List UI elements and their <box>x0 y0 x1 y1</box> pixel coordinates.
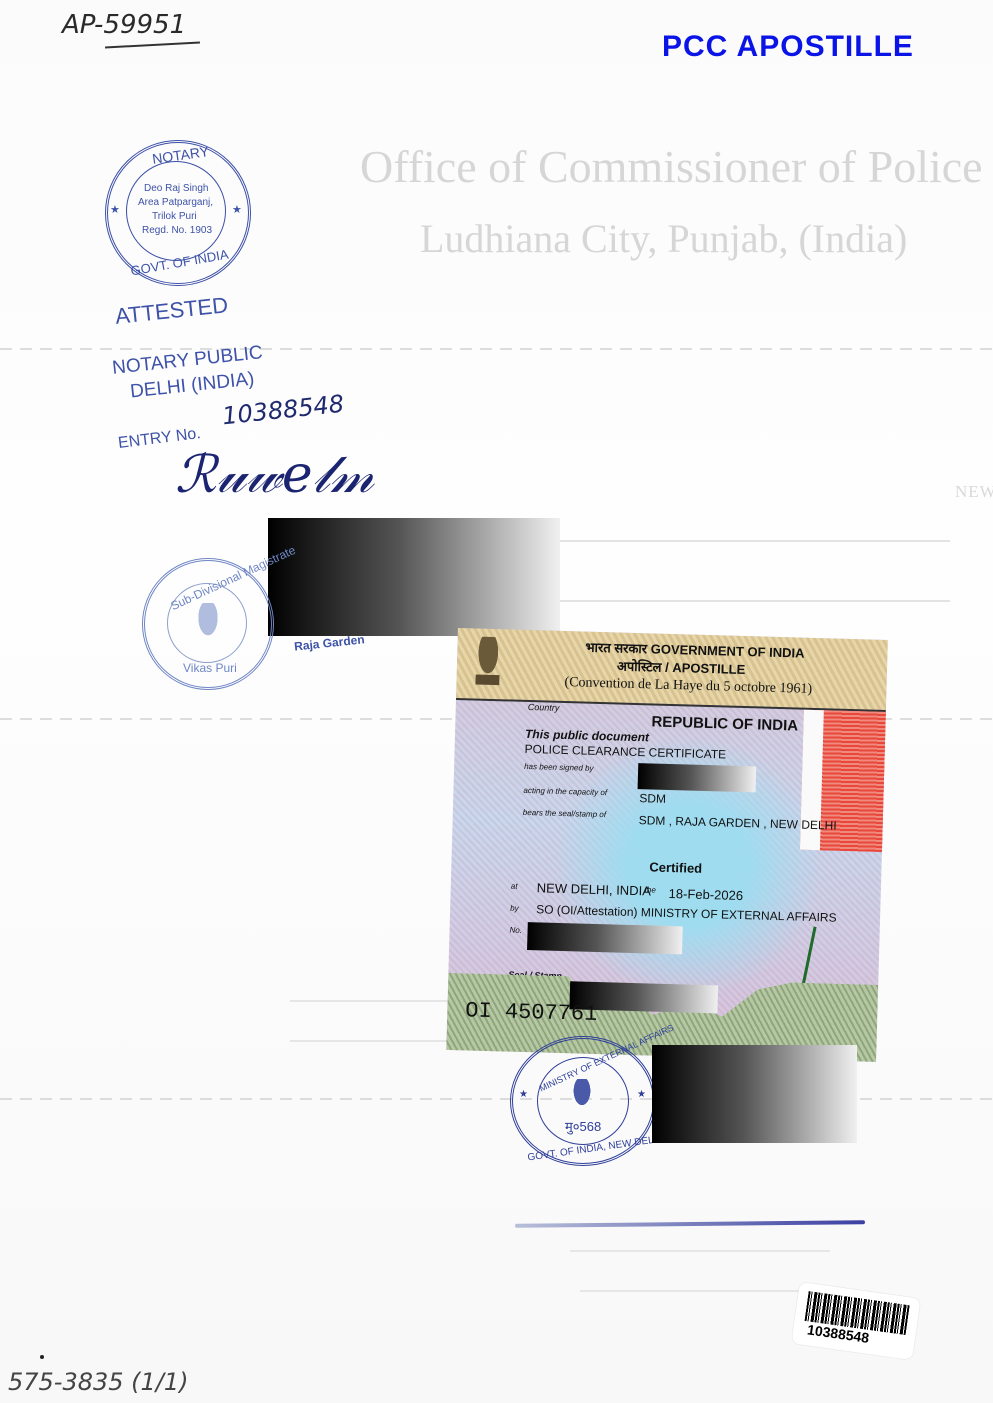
national-emblem-icon <box>193 603 223 645</box>
by-label: by <box>510 904 519 913</box>
the-label: the <box>645 885 656 894</box>
mea-seal: MINISTRY OF EXTERNAL AFFAIRS मु०568 GOVT… <box>510 1036 656 1166</box>
letter-title-line2: Ludhiana City, Punjab, (India) <box>420 215 907 262</box>
capacity-value: SDM <box>639 791 666 806</box>
letter-text-line <box>500 540 950 542</box>
letter-text-line <box>290 1040 470 1042</box>
document-type: POLICE CLEARANCE CERTIFICATE <box>524 742 726 762</box>
ink-dot <box>40 1355 44 1359</box>
redacted-signer <box>638 763 757 792</box>
sdm-seal-bottom: Vikas Puri <box>183 661 237 675</box>
star-icon: ★ <box>637 1089 646 1100</box>
at-label: at <box>511 882 518 891</box>
letter-address-line: NEW ASHOK NAGAR, SALEM TABRI, LUDHIANA <box>955 482 993 502</box>
letter-text-line <box>580 1290 800 1292</box>
arrow-icon <box>105 42 200 49</box>
handwritten-reference: AP-59951 <box>62 10 186 40</box>
seal-of-label: bears the seal/stamp of <box>523 808 606 819</box>
at-value: NEW DELHI, INDIA <box>537 880 651 898</box>
notary-seal-regd: Regd. No. 1903 <box>142 225 212 236</box>
redacted-area <box>268 518 560 636</box>
star-icon: ★ <box>519 1089 528 1100</box>
gov-hindi: भारत सरकार <box>585 640 647 657</box>
barcode-label: 10388548 <box>791 1282 920 1360</box>
notary-seal-area: Area Patparganj, <box>138 197 213 208</box>
star-icon: ★ <box>232 203 242 216</box>
national-emblem-icon <box>470 636 505 689</box>
notary-seal-name: Deo Raj Singh <box>144 183 208 194</box>
hague-convention: (Convention de La Haye du 5 octobre 1961… <box>564 675 812 698</box>
attested-stamp: ATTESTED <box>114 292 229 330</box>
notary-seal-locality: Trilok Puri <box>152 211 197 222</box>
scanned-document-page: Office of Commissioner of Police Ludhian… <box>0 0 993 1403</box>
letter-text-line <box>560 600 950 602</box>
date-value: 18-Feb-2026 <box>668 886 743 903</box>
letter-text-line <box>570 1250 830 1252</box>
notary-seal: NOTARY Deo Raj Singh Area Patparganj, Tr… <box>105 140 251 286</box>
country-value: REPUBLIC OF INDIA <box>651 713 798 734</box>
letter-title-line1: Office of Commissioner of Police <box>360 140 983 193</box>
country-label: Country <box>528 702 560 713</box>
capacity-label: acting in the capacity of <box>523 786 607 797</box>
entry-number-value: 10388548 <box>221 390 345 431</box>
apostille-hindi: अपोस्टिल <box>617 658 662 674</box>
fold-line <box>0 348 993 350</box>
ink-line <box>515 1220 865 1228</box>
signed-by-label: has been signed by <box>524 762 594 773</box>
apostille-header: भारत सरकार GOVERNMENT OF INDIA अपोस्टिल … <box>456 628 888 712</box>
notary-signature: ℛ𝓊𝓌𝑒𝓁𝓂 <box>175 445 374 506</box>
pcc-apostille-title: PCC APOSTILLE <box>662 30 914 64</box>
star-icon: ★ <box>110 203 120 216</box>
serial-number: OI 4507761 <box>465 998 598 1027</box>
certified-label: Certified <box>649 859 702 875</box>
letter-text-line <box>290 1000 470 1002</box>
by-value: SO (OI/Attestation) MINISTRY OF EXTERNAL… <box>536 902 837 924</box>
mea-seal-code: मु०568 <box>565 1117 601 1135</box>
footer-handwritten-note: 575-3835 (1/1) <box>8 1368 189 1396</box>
sdm-seal: Sub-Divisional Magistrate Vikas Puri <box>142 558 274 690</box>
no-label: No. <box>509 926 522 935</box>
redacted-number <box>527 922 683 954</box>
national-emblem-icon <box>569 1079 595 1113</box>
apostille-certificate: भारत सरकार GOVERNMENT OF INDIA अपोस्टिल … <box>446 628 888 1062</box>
redacted-signature-area <box>652 1045 857 1143</box>
apostille-english: / APOSTILLE <box>665 660 746 677</box>
